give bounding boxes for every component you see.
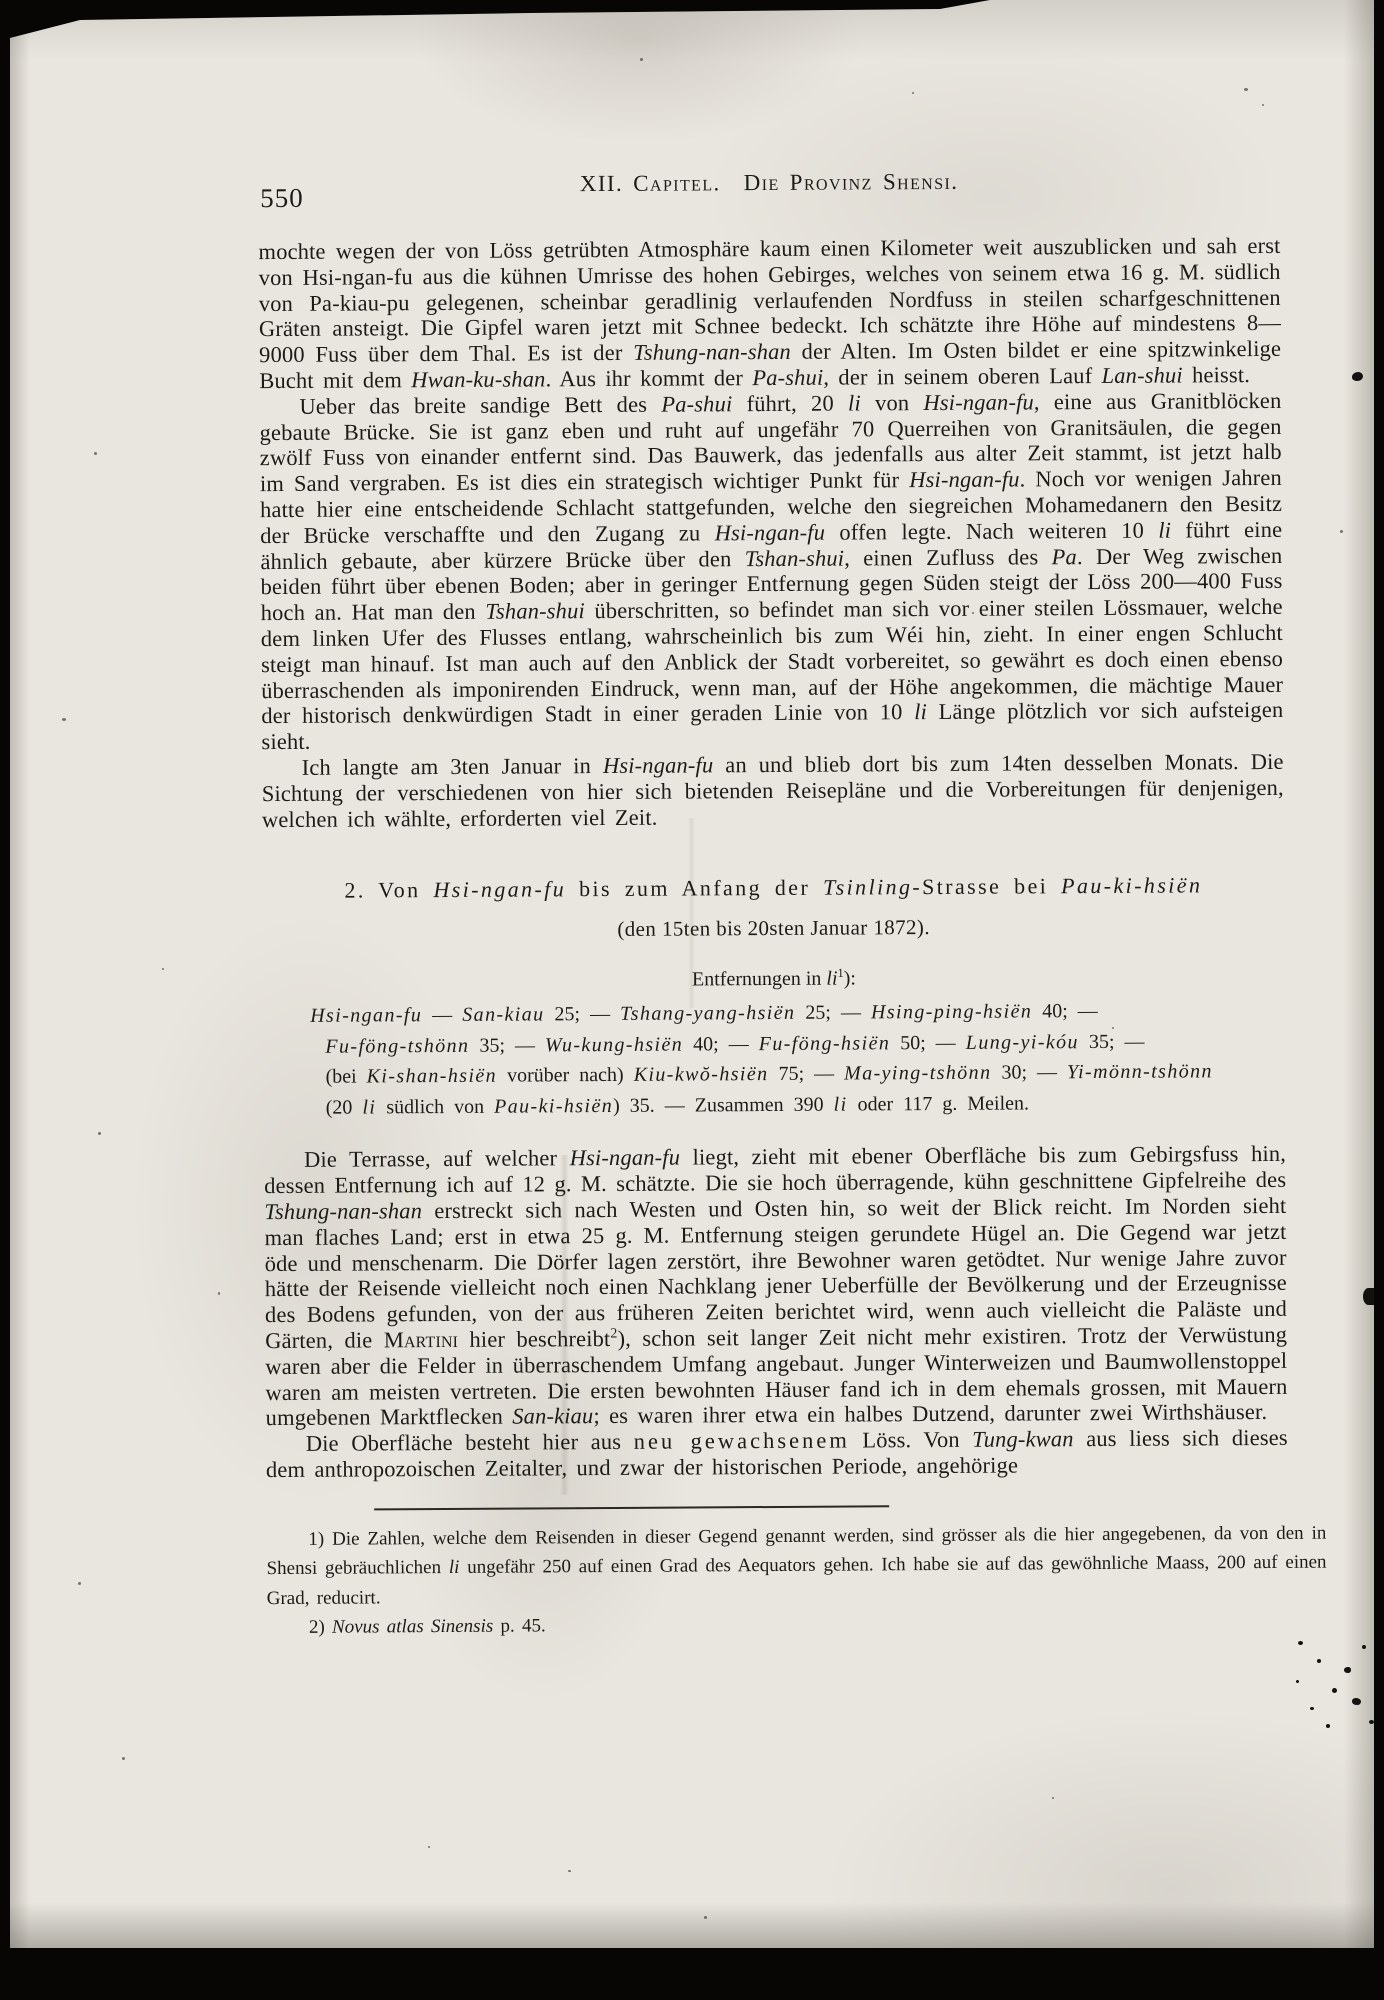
ink-splatter bbox=[1332, 1688, 1337, 1693]
distance-line: (bei Ki-shan-hsiën vorüber nach) Kiu-kwŏ… bbox=[325, 1056, 1285, 1092]
body-text: mochte wegen der von Löss getrübten Atmo… bbox=[258, 233, 1284, 833]
paper-speck bbox=[1244, 88, 1248, 91]
ink-splatter bbox=[1344, 1667, 1351, 1673]
page-content: 550 XII. Capitel. Die Provinz Shensi. mo… bbox=[258, 165, 1289, 1643]
paper-speck bbox=[162, 968, 164, 970]
distances-label: Entfernungen in li1): bbox=[263, 965, 1285, 994]
running-header: 550 XII. Capitel. Die Provinz Shensi. bbox=[258, 165, 1280, 209]
paper-speck bbox=[78, 1582, 81, 1585]
ink-splatter bbox=[1369, 1720, 1374, 1724]
paper-speck bbox=[218, 1292, 220, 1295]
scanned-book-page: { "colors": {"paper": "#e9e6df", "ink": … bbox=[0, 0, 1384, 2000]
section-heading: 2. Von Hsi-ngan-fu bis zum Anfang der Ts… bbox=[262, 872, 1284, 904]
paper-speck bbox=[640, 58, 643, 61]
footnotes: 1) Die Zahlen, welche dem Reisenden in d… bbox=[266, 1518, 1327, 1642]
paragraph: Die Terrasse, auf welcher Hsi-ngan-fu li… bbox=[264, 1141, 1288, 1431]
paper-speck bbox=[1262, 104, 1264, 106]
running-title: XII. Capitel. Die Provinz Shensi. bbox=[258, 165, 1280, 199]
paragraph: mochte wegen der von Löss getrübten Atmo… bbox=[258, 233, 1281, 394]
distance-line: (20 li südlich von Pau-ki-hsiën) 35. — Z… bbox=[326, 1087, 1286, 1123]
paragraph: Ich langte am 3ten Januar in Hsi-ngan-fu… bbox=[262, 749, 1284, 833]
paper-speck bbox=[122, 1757, 125, 1760]
paper-speck bbox=[912, 92, 914, 94]
paragraph: Ueber das breite sandige Bett des Pa-shu… bbox=[259, 388, 1283, 755]
ink-blot bbox=[1352, 372, 1363, 381]
body-text: Die Terrasse, auf welcher Hsi-ngan-fu li… bbox=[264, 1141, 1288, 1483]
paper-speck bbox=[98, 1132, 101, 1135]
paper-speck bbox=[94, 452, 97, 455]
ink-splatter bbox=[1298, 1641, 1303, 1645]
paper-speck bbox=[1340, 530, 1343, 533]
footnote: 2) Novus atlas Sinensis p. 45. bbox=[267, 1607, 1327, 1643]
paper-speck bbox=[704, 1916, 707, 1919]
ink-splatter bbox=[1310, 1707, 1314, 1710]
footnote-rule bbox=[374, 1505, 889, 1510]
ink-splatter bbox=[1362, 1645, 1366, 1649]
paragraph: Die Oberfläche besteht hier aus neu gewa… bbox=[266, 1425, 1288, 1483]
distance-list: Hsi-ngan-fu — San-kiau 25; — Tshang-yang… bbox=[263, 995, 1286, 1123]
section-date: (den 15ten bis 20sten Januar 1872). bbox=[263, 913, 1285, 944]
ink-splatter bbox=[1326, 1724, 1330, 1728]
footnote: 1) Die Zahlen, welche dem Reisenden in d… bbox=[266, 1518, 1327, 1613]
ink-splatter bbox=[1317, 1659, 1321, 1663]
paper-sheet: 550 XII. Capitel. Die Provinz Shensi. mo… bbox=[10, 0, 1374, 1948]
paper-speck bbox=[428, 1846, 430, 1848]
ink-splatter bbox=[1352, 1698, 1361, 1705]
paper-speck bbox=[62, 718, 66, 721]
ink-splatter bbox=[1296, 1680, 1299, 1683]
page-number: 550 bbox=[260, 183, 304, 214]
paper-speck bbox=[1052, 1797, 1054, 1799]
ink-blot bbox=[1363, 1288, 1374, 1305]
paper-speck bbox=[568, 1870, 571, 1872]
